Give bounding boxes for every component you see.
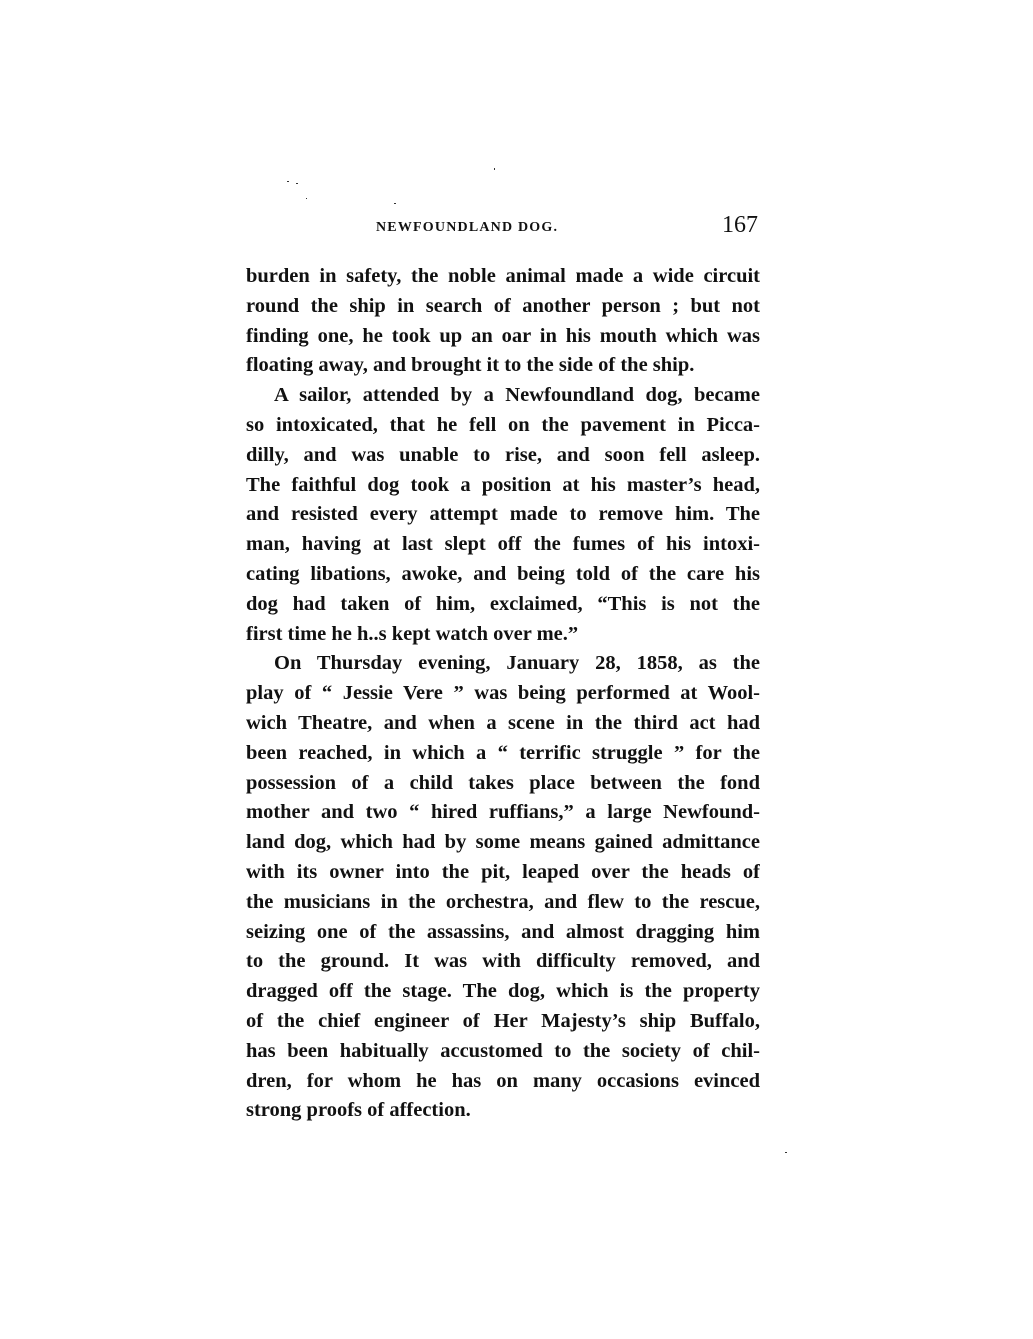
text-line: The faithful dog took a position at his …: [246, 471, 760, 501]
text-line: possession of a child takes place betwee…: [246, 769, 760, 799]
scan-speck: [287, 181, 289, 182]
running-head: NEWFOUNDLAND DOG. 167: [246, 214, 760, 244]
text-line: dog had taken of him, exclaimed, “This i…: [246, 590, 760, 620]
scan-speck: [785, 1152, 787, 1153]
scan-speck: [306, 198, 307, 199]
text-line: seizing one of the assassins, and almost…: [246, 918, 760, 948]
text-line: mother and two “ hired ruffians,” a larg…: [246, 798, 760, 828]
running-head-title: NEWFOUNDLAND DOG.: [376, 220, 558, 236]
page-number: 167: [722, 212, 758, 239]
text-line: play of “ Jessie Vere ” was being perfor…: [246, 679, 760, 709]
text-line: On Thursday evening, January 28, 1858, a…: [246, 649, 760, 679]
text-line: dren, for whom he has on many occasions …: [246, 1067, 760, 1097]
text-line: man, having at last slept off the fumes …: [246, 530, 760, 560]
text-line: to the ground. It was with difficulty re…: [246, 947, 760, 977]
text-line: land dog, which had by some means gained…: [246, 828, 760, 858]
paragraph-1: burden in safety, the noble animal made …: [246, 262, 760, 381]
text-line: and resisted every attempt made to remov…: [246, 500, 760, 530]
text-line: of the chief engineer of Her Majesty’s s…: [246, 1007, 760, 1037]
text-line: round the ship in search of another pers…: [246, 292, 760, 322]
scan-speck: [296, 183, 298, 184]
text-line: burden in safety, the noble animal made …: [246, 262, 760, 292]
text-line: wich Theatre, and when a scene in the th…: [246, 709, 760, 739]
text-line: dragged off the stage. The dog, which is…: [246, 977, 760, 1007]
text-line: first time he h..s kept watch over me.”: [246, 620, 760, 650]
scan-speck: [494, 168, 495, 170]
text-line: dilly, and was unable to rise, and soon …: [246, 441, 760, 471]
text-line: floating away, and brought it to the sid…: [246, 351, 760, 381]
text-line: finding one, he took up an oar in his mo…: [246, 322, 760, 352]
paragraph-2: A sailor, attended by a Newfoundland dog…: [246, 381, 760, 649]
text-line: the musicians in the orchestra, and flew…: [246, 888, 760, 918]
paragraph-3: On Thursday evening, January 28, 1858, a…: [246, 649, 760, 1126]
book-page: NEWFOUNDLAND DOG. 167 burden in safety, …: [0, 0, 1033, 1339]
text-line: with its owner into the pit, leaped over…: [246, 858, 760, 888]
scan-speck: [394, 203, 396, 204]
text-line: cating libations, awoke, and being told …: [246, 560, 760, 590]
text-line: so intoxicated, that he fell on the pave…: [246, 411, 760, 441]
text-line: strong proofs of affection.: [246, 1096, 760, 1126]
body-text: burden in safety, the noble animal made …: [246, 262, 760, 1126]
text-line: been reached, in which a “ terrific stru…: [246, 739, 760, 769]
text-line: A sailor, attended by a Newfoundland dog…: [246, 381, 760, 411]
text-line: has been habitually accustomed to the so…: [246, 1037, 760, 1067]
